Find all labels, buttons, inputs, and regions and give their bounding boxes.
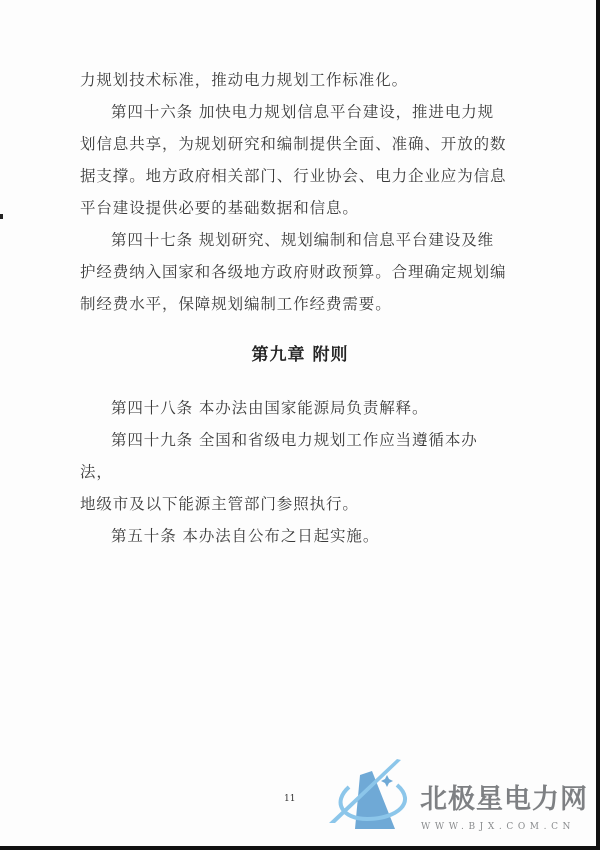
article-line: 护经费纳入国家和各级地方政府财政预算。合理确定规划编 <box>80 256 510 288</box>
text-block-top: 力规划技术标准，推动电力规划工作标准化。 第四十六条 加快电力规划信息平台建设，… <box>80 64 510 320</box>
article-line: 第五十条 本办法自公布之日起实施。 <box>80 520 510 552</box>
scan-mark <box>0 214 3 219</box>
article-line: 第四十九条 全国和省级电力规划工作应当遵循本办法， <box>80 424 510 488</box>
page-number: 11 <box>284 794 295 804</box>
document-page: 力规划技术标准，推动电力规划工作标准化。 第四十六条 加快电力规划信息平台建设，… <box>0 0 600 850</box>
article-47: 第四十七条 规划研究、规划编制和信息平台建设及维 护经费纳入国家和各级地方政府财… <box>80 224 510 320</box>
watermark-title: 北极星电力网 <box>420 777 588 816</box>
scan-border-right <box>596 0 600 850</box>
watermark-logo: 北极星电力网 WWW.BJX.COM.CN <box>327 757 597 842</box>
article-line: 地级市及以下能源主管部门参照执行。 <box>80 488 510 520</box>
article-46: 第四十六条 加快电力规划信息平台建设，推进电力规 划信息共享，为规划研究和编制提… <box>80 96 510 224</box>
text-block-bottom: 第四十八条 本办法由国家能源局负责解释。 第四十九条 全国和省级电力规划工作应当… <box>80 392 510 552</box>
article-line: 制经费水平，保障规划编制工作经费需要。 <box>80 288 510 320</box>
scan-border-bottom <box>0 846 600 850</box>
article-50: 第五十条 本办法自公布之日起实施。 <box>80 520 510 552</box>
article-line: 第四十七条 规划研究、规划编制和信息平台建设及维 <box>80 224 510 256</box>
article-48: 第四十八条 本办法由国家能源局负责解释。 <box>80 392 510 424</box>
article-line: 平台建设提供必要的基础数据和信息。 <box>80 192 510 224</box>
north-star-logo-icon <box>327 757 427 837</box>
article-line: 据支撑。地方政府相关部门、行业协会、电力企业应为信息 <box>80 160 510 192</box>
continuation-line: 力规划技术标准，推动电力规划工作标准化。 <box>80 64 510 96</box>
article-line: 划信息共享，为规划研究和编制提供全面、准确、开放的数 <box>80 128 510 160</box>
chapter-heading: 第九章 附则 <box>0 340 600 365</box>
article-49: 第四十九条 全国和省级电力规划工作应当遵循本办法， 地级市及以下能源主管部门参照… <box>80 424 510 520</box>
article-line: 第四十六条 加快电力规划信息平台建设，推进电力规 <box>80 96 510 128</box>
watermark-url: WWW.BJX.COM.CN <box>421 822 575 832</box>
article-line: 第四十八条 本办法由国家能源局负责解释。 <box>80 392 510 424</box>
